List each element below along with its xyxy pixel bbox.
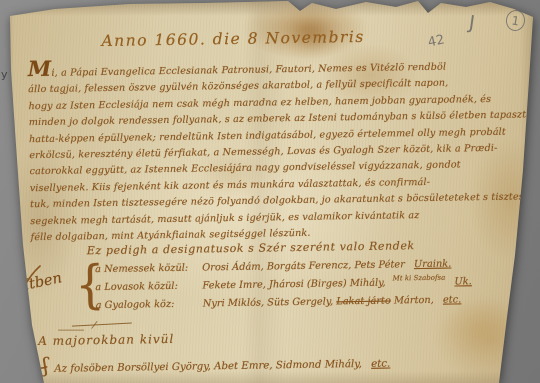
paper-shadow: Anno 1660. die 8 Novembris Mi, a Pápai E… — [0, 0, 540, 383]
manuscript-photo: y Anno 1660. die 8 Novembris Mi, a Pápai… — [0, 0, 540, 383]
row-names: Nyri Miklós, Süts Gergely, — [203, 296, 334, 309]
row-suffix: etc. — [443, 294, 462, 305]
date-heading: Anno 1660. die 8 Novembris — [101, 28, 365, 50]
row-category: a Lovasok közül: — [95, 278, 199, 298]
row-names: Márton, — [394, 295, 434, 307]
manuscript-page: Anno 1660. die 8 Novembris Mi, a Pápai E… — [0, 0, 540, 383]
row-names: Az folsöben Borsöllyei György, Abet Emre… — [54, 359, 362, 375]
row-category: a Gyalogok köz: — [96, 296, 200, 316]
scribble-strikeout — [72, 323, 132, 333]
row-names: Fekete Imre, Jhárosi (Birges) Mihály, — [202, 278, 385, 292]
ink-text-layer: Anno 1660. die 8 Novembris Mi, a Pápai E… — [0, 0, 540, 383]
struck-name: Lakat járto — [336, 296, 391, 308]
majorok-heading: A majorokban kivül — [38, 332, 174, 348]
row-suffix: Uraink. — [414, 259, 451, 271]
body-paragraph: Mi, a Pápai Evangelica Ecclesianak Patro… — [28, 53, 537, 246]
row-names: Orosi Ádám, Borgáts Ferencz, Pets Péter — [202, 259, 405, 273]
row-suffix: Uk. — [454, 276, 471, 287]
row-category: a Nemessek közül: — [95, 260, 199, 280]
itben-section: Itben { a Nemessek közül: Orosi Ádám, Bo… — [23, 254, 529, 262]
itben-rows: a Nemessek közül: Orosi Ádám, Borgáts Fe… — [95, 254, 530, 315]
majorok-row: ʃ Az folsöben Borsöllyei György, Abet Em… — [42, 348, 390, 377]
interlinear-note: Mt ki Szabofsa — [393, 274, 446, 283]
ink-flourish-icon: ʃ — [42, 353, 48, 377]
row-suffix: etc. — [371, 359, 390, 370]
